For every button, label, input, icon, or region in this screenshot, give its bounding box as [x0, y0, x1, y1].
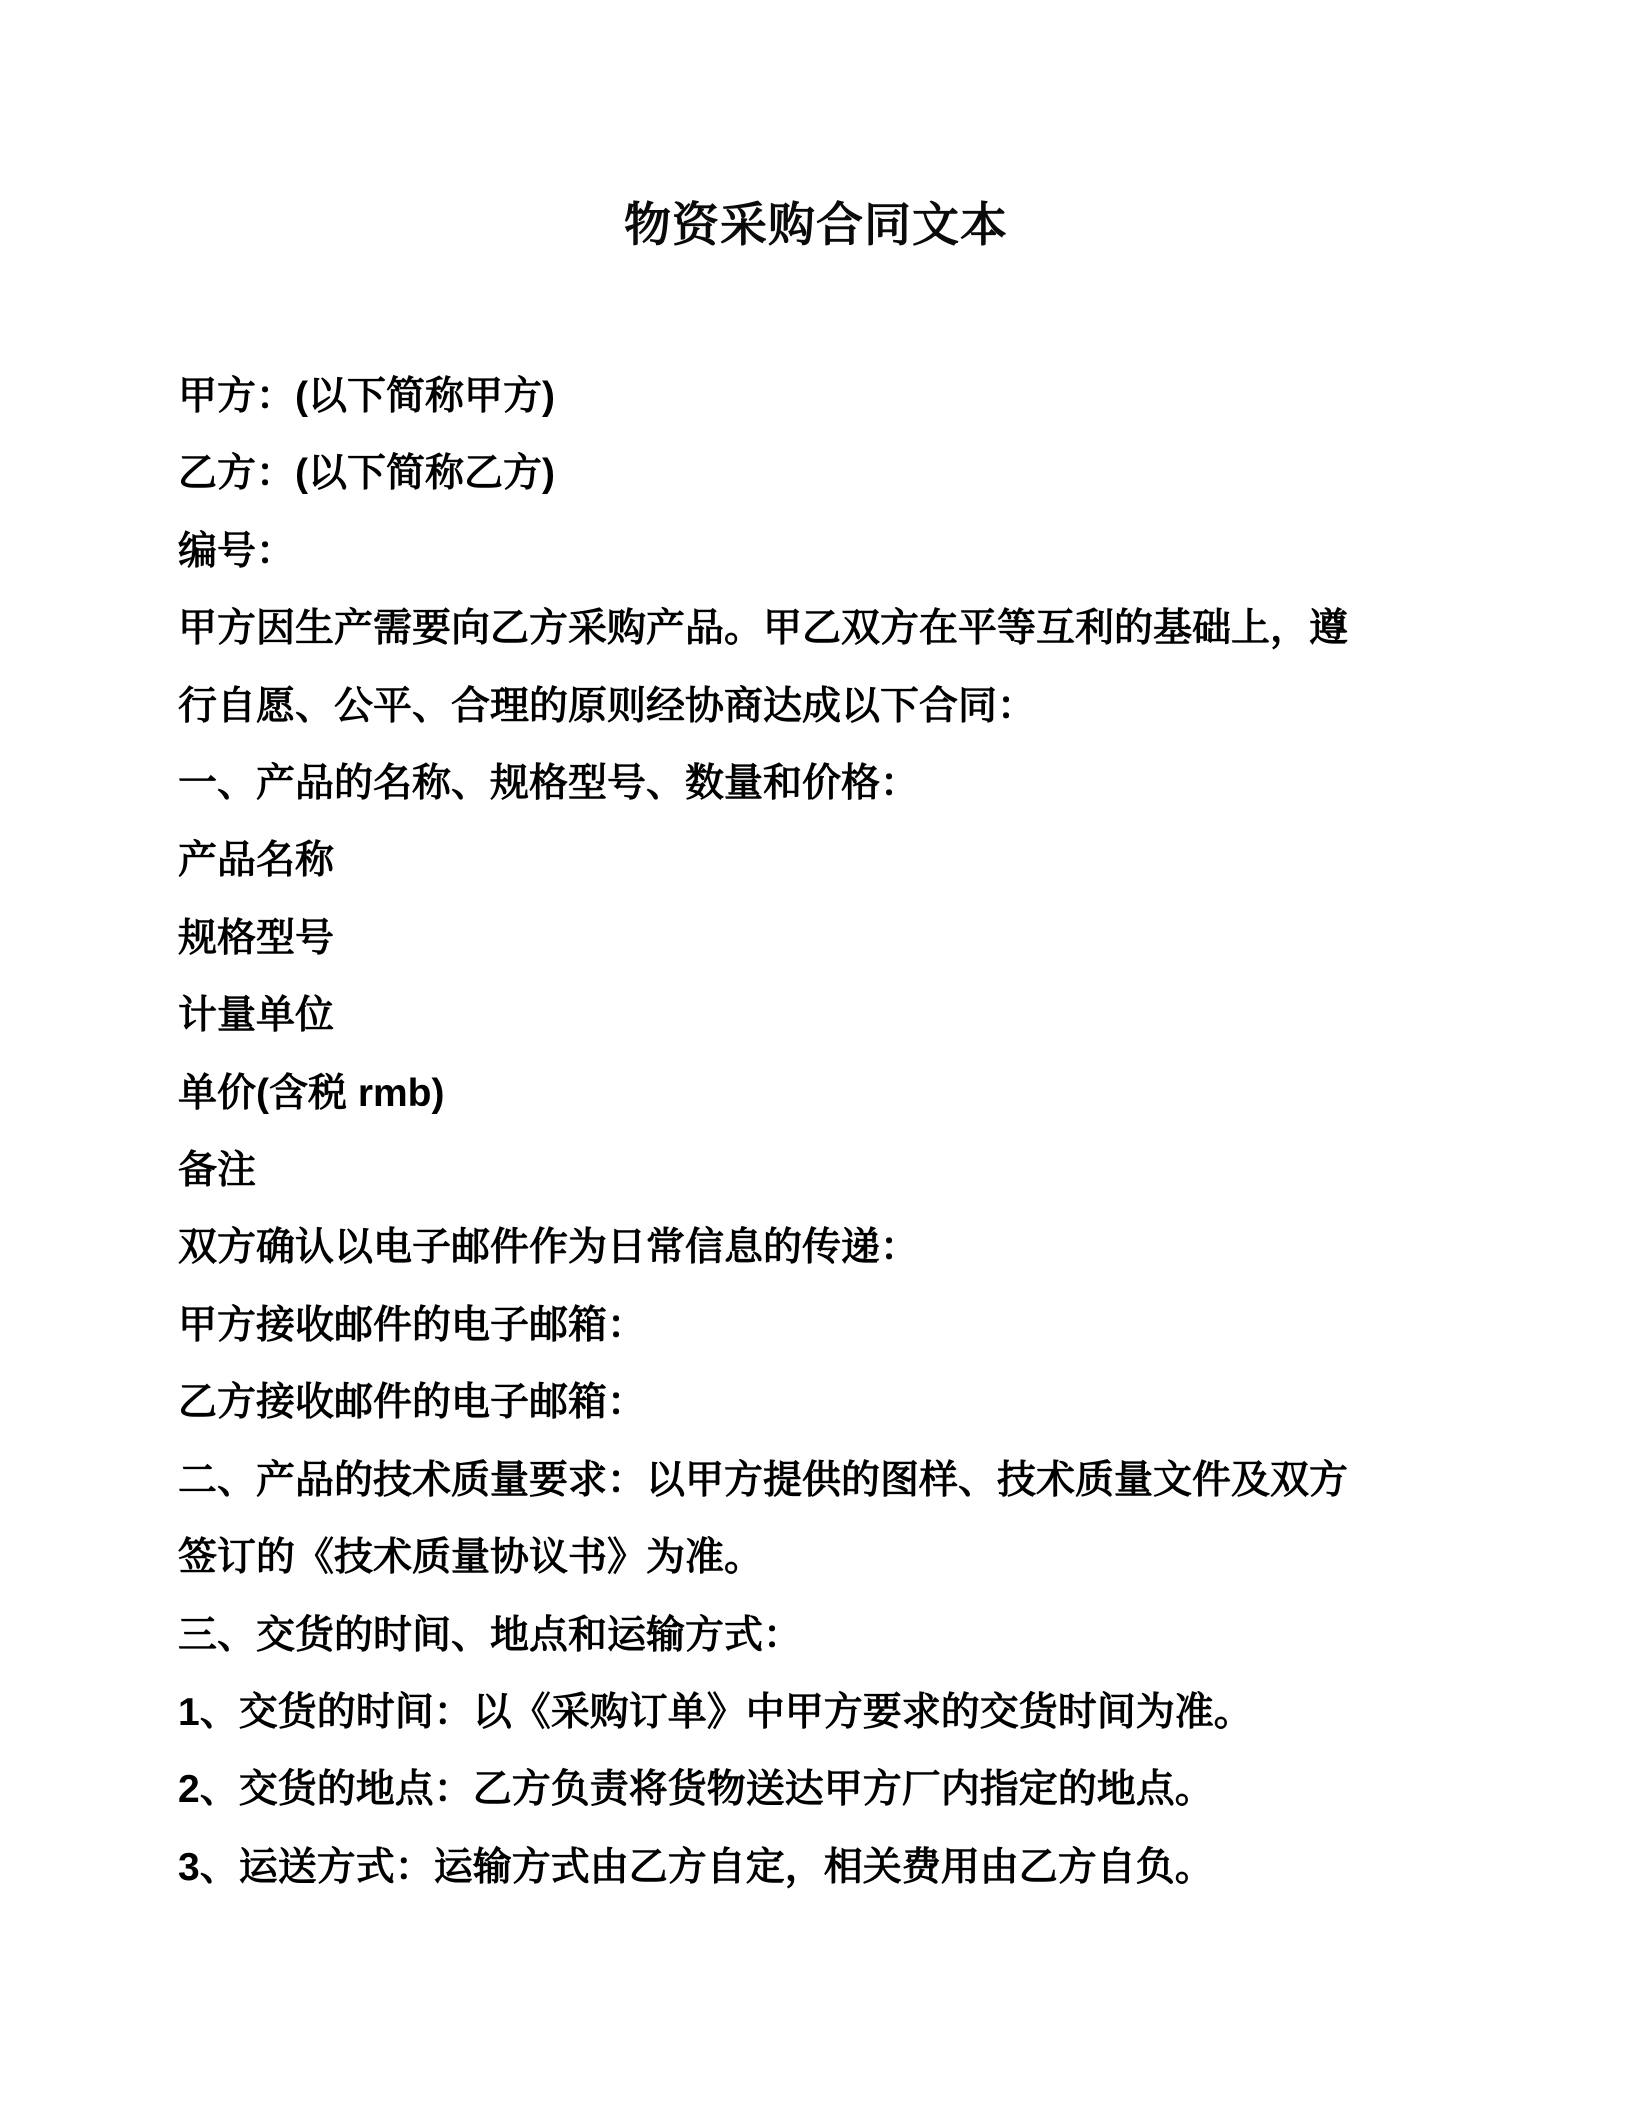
line-section2-part1: 二、产品的技术质量要求：以甲方提供的图样、技术质量文件及双方 [178, 1442, 1468, 1519]
line-party-a: 甲方：(以下简称甲方) [178, 358, 1468, 435]
line-contract-number: 编号： [178, 513, 1468, 590]
contract-document-page: 物资采购合同文本 甲方：(以下简称甲方) 乙方：(以下简称乙方) 编号： 甲方因… [0, 0, 1632, 2112]
line-measure-unit: 计量单位 [178, 977, 1468, 1054]
line-remarks: 备注 [178, 1132, 1468, 1209]
line-party-b-email: 乙方接收邮件的电子邮箱： [178, 1364, 1468, 1441]
line-spec-model: 规格型号 [178, 900, 1468, 977]
line-email-confirm: 双方确认以电子邮件作为日常信息的传递： [178, 1209, 1468, 1286]
line-preamble-2: 行自愿、公平、合理的原则经协商达成以下合同： [178, 668, 1468, 745]
line-party-a-email: 甲方接收邮件的电子邮箱： [178, 1287, 1468, 1364]
line-delivery-time: 1、交货的时间：以《采购订单》中甲方要求的交货时间为准。 [178, 1674, 1468, 1751]
document-title: 物资采购合同文本 [0, 190, 1632, 260]
line-party-b: 乙方：(以下简称乙方) [178, 435, 1468, 512]
line-product-name: 产品名称 [178, 822, 1468, 899]
document-body: 甲方：(以下简称甲方) 乙方：(以下简称乙方) 编号： 甲方因生产需要向乙方采购… [178, 358, 1468, 1906]
line-delivery-place: 2、交货的地点：乙方负责将货物送达甲方厂内指定的地点。 [178, 1751, 1468, 1828]
line-section2-part2: 签订的《技术质量协议书》为准。 [178, 1519, 1468, 1596]
line-section1-heading: 一、产品的名称、规格型号、数量和价格： [178, 745, 1468, 822]
line-section3-heading: 三、交货的时间、地点和运输方式： [178, 1597, 1468, 1674]
line-transport-mode: 3、运送方式：运输方式由乙方自定，相关费用由乙方自负。 [178, 1829, 1468, 1906]
line-unit-price: 单价(含税 rmb) [178, 1055, 1468, 1132]
line-preamble-1: 甲方因生产需要向乙方采购产品。甲乙双方在平等互利的基础上，遵 [178, 590, 1468, 667]
